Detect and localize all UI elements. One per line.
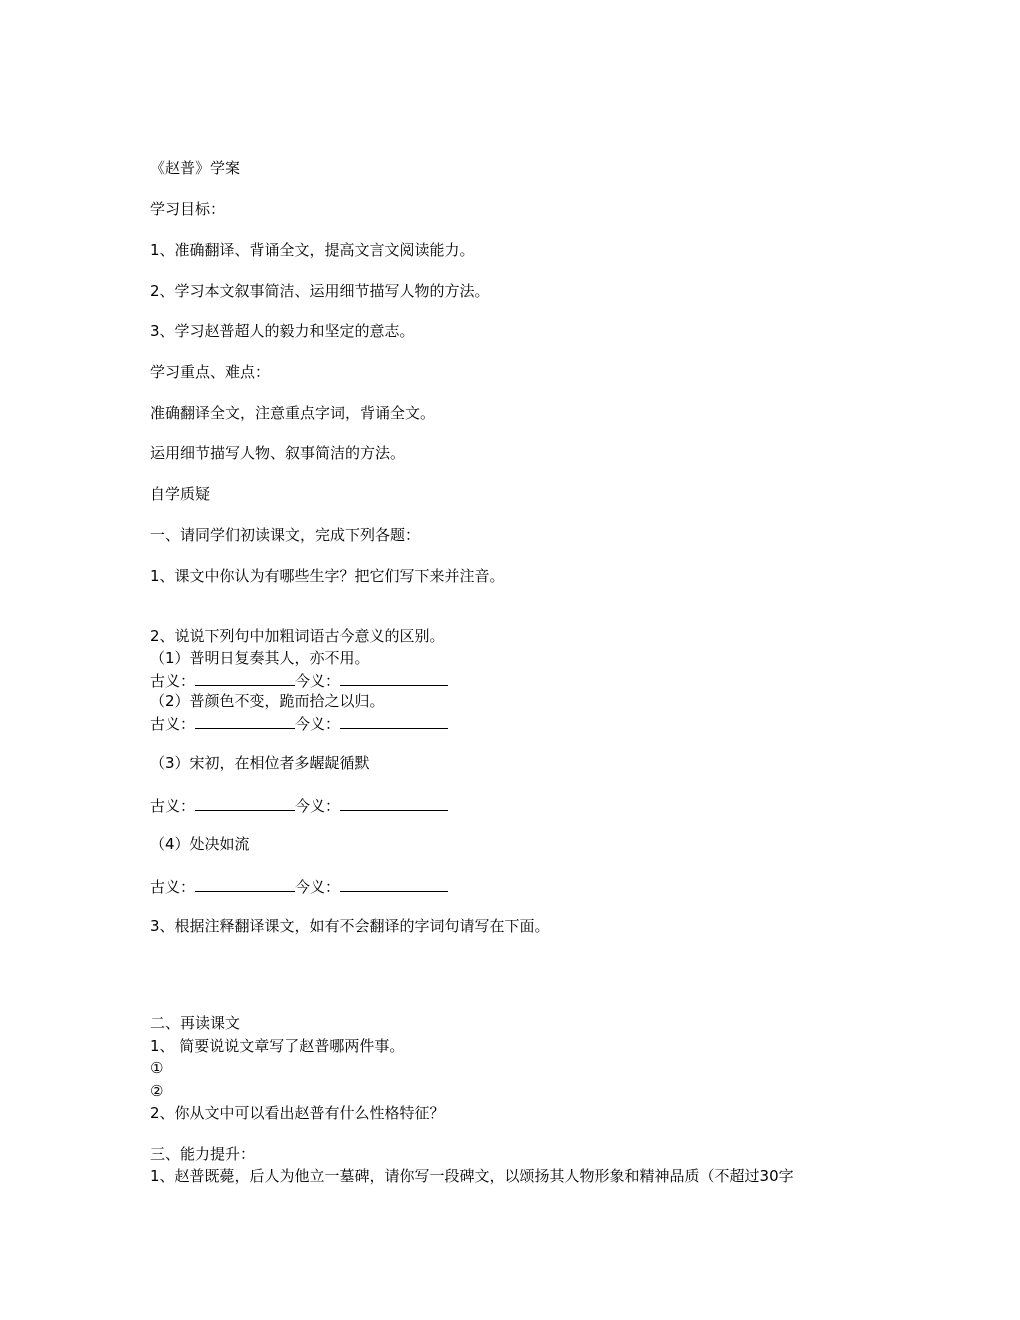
ancient-blank[interactable]: [195, 876, 295, 892]
modern-label: 今义：: [295, 715, 340, 733]
meaning-row-1: 古义：今义：: [150, 670, 448, 690]
modern-label: 今义：: [295, 797, 340, 815]
sentence-2: （2）普颜色不变，跪而拾之以归。: [150, 692, 385, 710]
part3-question-1: 1、赵普既薨，后人为他立一墓碑，请你写一段碑文，以颂扬其人物形象和精神品质（不超…: [150, 1167, 794, 1185]
ancient-blank[interactable]: [195, 670, 295, 686]
sentence-4: （4）处决如流: [150, 835, 250, 853]
focus-heading: 学习重点、难点：: [150, 363, 270, 381]
modern-blank[interactable]: [340, 670, 448, 686]
part2-question-2: 2、你从文中可以看出赵普有什么性格特征？: [150, 1104, 445, 1122]
ancient-label: 古义：: [150, 672, 195, 690]
part1-heading: 一、请同学们初读课文，完成下列各题：: [150, 526, 420, 544]
part3-heading: 三、能力提升：: [150, 1145, 255, 1163]
sentence-1: （1）普明日复奏其人，亦不用。: [150, 649, 370, 667]
bullet-1: ①: [150, 1059, 163, 1077]
part2-question-1: 1、 简要说说文章写了赵普哪两件事。: [150, 1037, 404, 1055]
part1-question-1: 1、课文中你认为有哪些生字？把它们写下来并注音。: [150, 567, 505, 585]
self-study-heading: 自学质疑: [150, 485, 210, 503]
modern-blank[interactable]: [340, 713, 448, 729]
modern-blank[interactable]: [340, 876, 448, 892]
modern-label: 今义：: [295, 672, 340, 690]
document-title: 《赵普》学案: [150, 159, 240, 177]
part2-heading: 二、再读课文: [150, 1014, 240, 1032]
sentence-3: （3）宋初，在相位者多龌龊循默: [150, 754, 370, 772]
bullet-2: ②: [150, 1082, 163, 1100]
ancient-blank[interactable]: [195, 795, 295, 811]
modern-blank[interactable]: [340, 795, 448, 811]
goals-heading: 学习目标：: [150, 200, 225, 218]
ancient-label: 古义：: [150, 878, 195, 896]
goal-item: 2、学习本文叙事简洁、运用细节描写人物的方法。: [150, 282, 490, 300]
focus-item: 准确翻译全文，注意重点字词，背诵全文。: [150, 404, 435, 422]
part1-question-3: 3、根据注释翻译课文，如有不会翻译的字词句请写在下面。: [150, 917, 550, 935]
ancient-label: 古义：: [150, 715, 195, 733]
meaning-row-2: 古义：今义：: [150, 713, 448, 733]
meaning-row-4: 古义：今义：: [150, 876, 448, 896]
modern-label: 今义：: [295, 878, 340, 896]
focus-item: 运用细节描写人物、叙事简洁的方法。: [150, 444, 405, 462]
ancient-blank[interactable]: [195, 713, 295, 729]
ancient-label: 古义：: [150, 797, 195, 815]
goal-item: 3、学习赵普超人的毅力和坚定的意志。: [150, 322, 415, 340]
goal-item: 1、准确翻译、背诵全文，提高文言文阅读能力。: [150, 241, 475, 259]
meaning-row-3: 古义：今义：: [150, 795, 448, 815]
part1-question-2: 2、说说下列句中加粗词语古今意义的区别。: [150, 627, 445, 645]
